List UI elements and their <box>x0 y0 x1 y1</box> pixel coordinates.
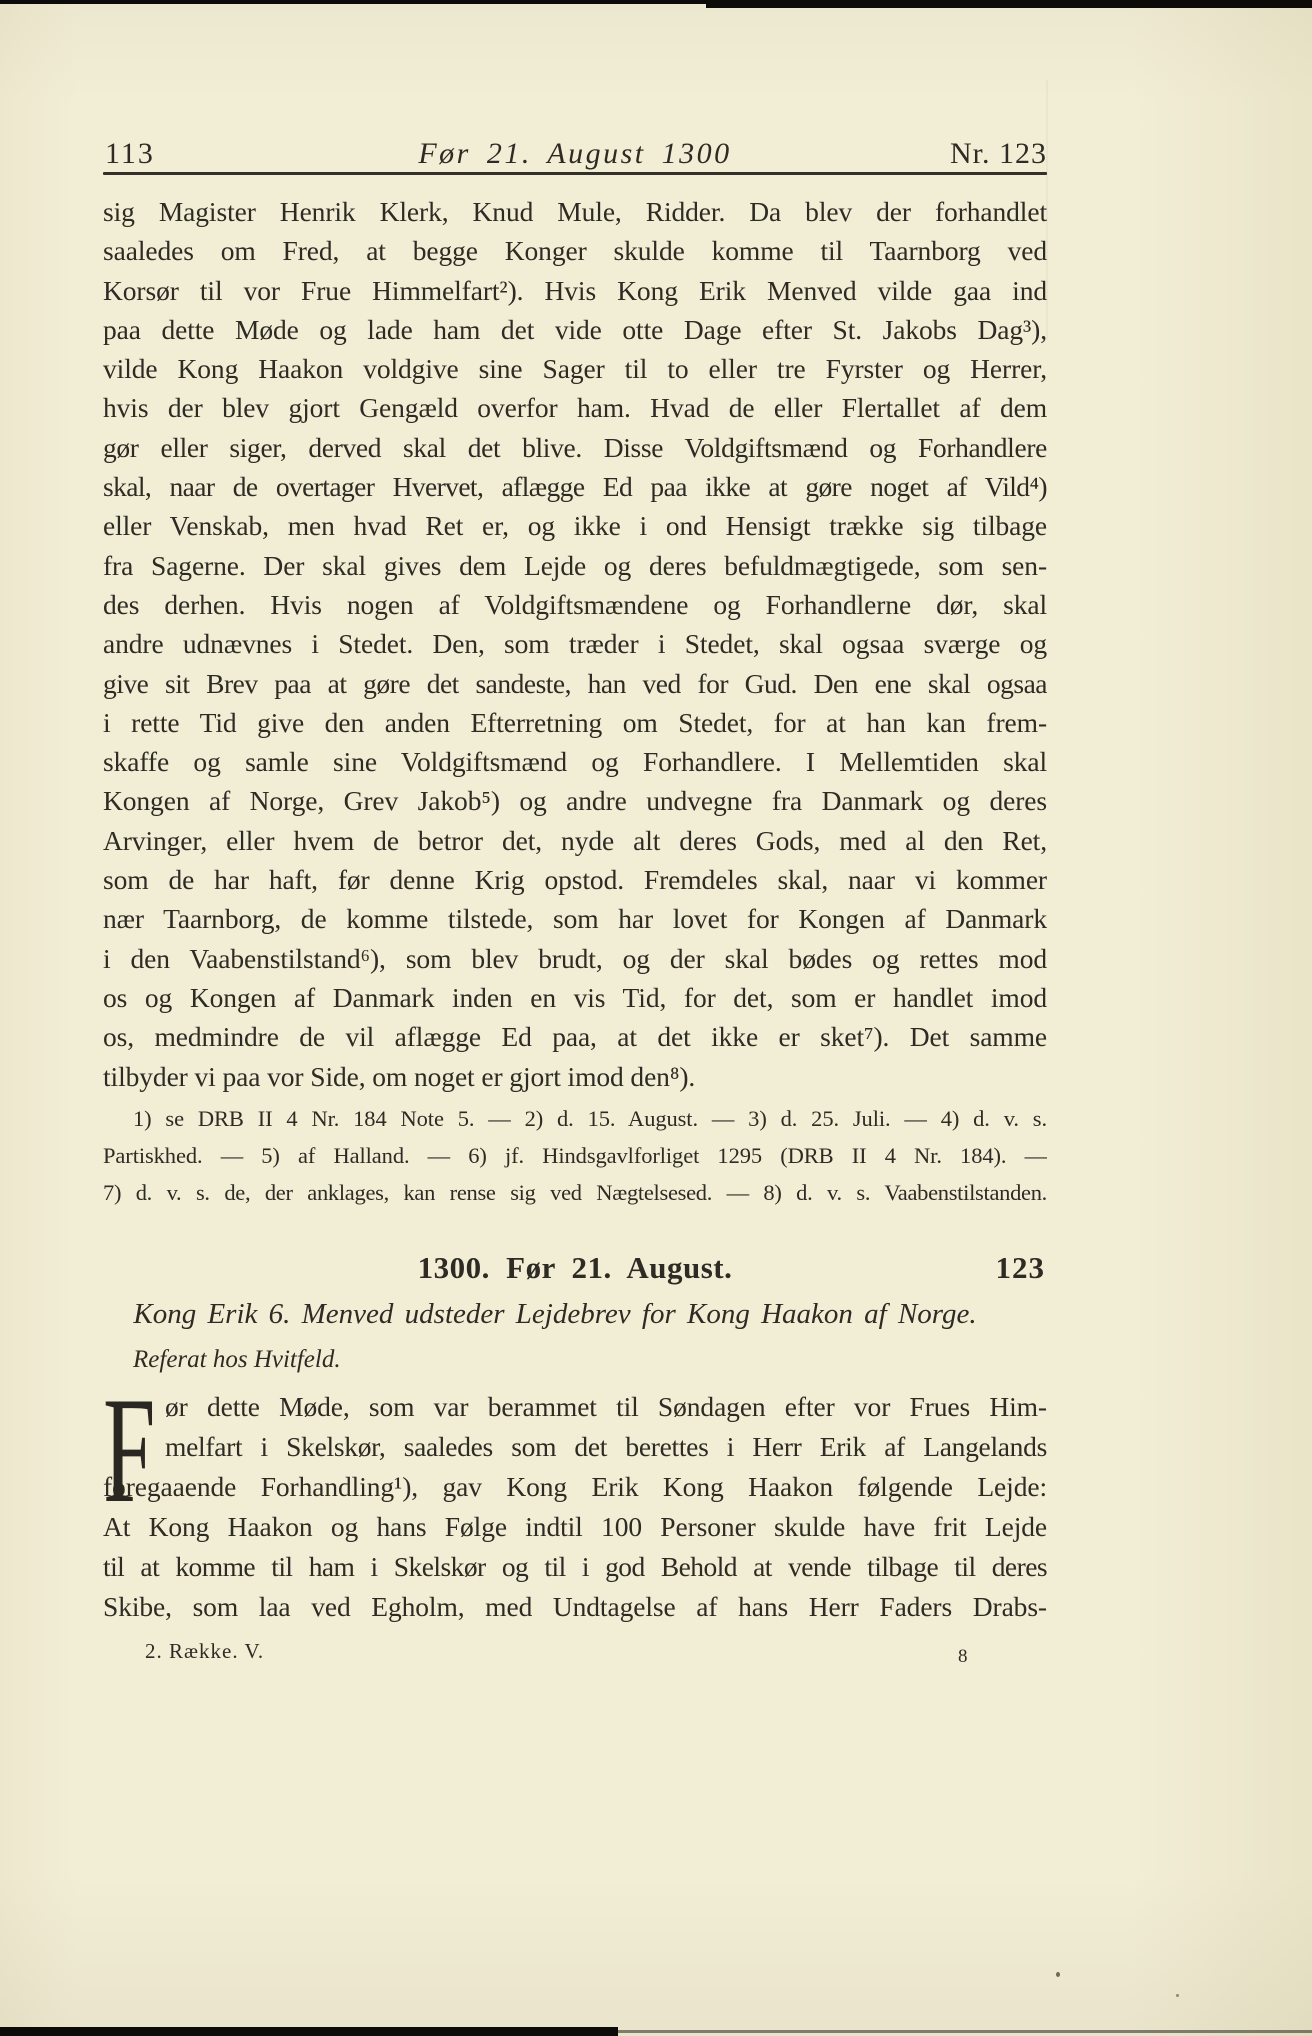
scanned-page: 113 Før 21. August 1300 Nr. 123 sig Magi… <box>0 0 1312 2036</box>
page-footer: 2. Række. V. 8 <box>0 1636 1312 1666</box>
footnote-line: 1) se DRB II 4 Nr. 184 Note 5. — 2) d. 1… <box>103 1100 1047 1137</box>
entry-number: 123 <box>996 1248 1046 1288</box>
body-line: sig Magister Henrik Klerk, Knud Mule, Ri… <box>103 192 1047 231</box>
body-line: tilbyder vi paa vor Side, om noget er gj… <box>103 1057 1047 1096</box>
entry-subtitle: Kong Erik 6. Menved udsteder Lejdebrev f… <box>103 1295 1047 1333</box>
body-line: eller Venskab, men hvad Ret er, og ikke … <box>103 506 1047 545</box>
scan-edge-artifact <box>706 0 1312 8</box>
scan-edge-artifact <box>0 2027 618 2036</box>
entry-heading: 1300. Før 21. August. <box>103 1248 1047 1288</box>
header-rule <box>103 172 1047 175</box>
page-header: 113 Før 21. August 1300 Nr. 123 <box>103 136 1047 172</box>
body-line: fra Sagerne. Der skal gives dem Lejde og… <box>103 546 1047 585</box>
scan-speck <box>1176 1994 1179 1997</box>
paragraph-line: melfart i Skelskør, saaledes som det ber… <box>103 1427 1047 1467</box>
running-title: Før 21. August 1300 <box>103 136 1047 172</box>
body-line: des derhen. Hvis nogen af Voldgiftsmænde… <box>103 585 1047 624</box>
body-line: i den Vaabenstilstand⁶), som blev brudt,… <box>103 939 1047 978</box>
scan-speck <box>1056 1972 1060 1977</box>
paragraph-line: At Kong Haakon og hans Følge indtil 100 … <box>103 1507 1047 1547</box>
body-text: sig Magister Henrik Klerk, Knud Mule, Ri… <box>103 192 1047 1096</box>
body-line: gør eller siger, derved skal det blive. … <box>103 428 1047 467</box>
body-line: skal, naar de overtager Hvervet, aflægge… <box>103 467 1047 506</box>
entry-paragraph: ør dette Møde, som var berammet til Sønd… <box>103 1387 1047 1627</box>
body-line: os og Kongen af Danmark inden en vis Tid… <box>103 978 1047 1017</box>
entry-heading-row: 1300. Før 21. August. 123 <box>103 1248 1047 1288</box>
body-line: hvis der blev gjort Gengæld overfor ham.… <box>103 388 1047 427</box>
paragraph-line: til at komme til ham i Skelskør og til i… <box>103 1547 1047 1587</box>
body-line: saaledes om Fred, at begge Konger skulde… <box>103 231 1047 270</box>
body-line: som de har haft, før denne Krig opstod. … <box>103 860 1047 899</box>
body-line: os, medmindre de vil aflægge Ed paa, at … <box>103 1017 1047 1056</box>
body-line: andre udnævnes i Stedet. Den, som træder… <box>103 624 1047 663</box>
entry-source: Referat hos Hvitfeld. <box>133 1343 341 1377</box>
series-label: 2. Række. V. <box>145 1636 264 1666</box>
sheet-signature: 8 <box>958 1642 968 1672</box>
issue-number: Nr. 123 <box>950 136 1047 172</box>
body-line: nær Taarnborg, de komme tilstede, som ha… <box>103 899 1047 938</box>
footnote-line: Partiskhed. — 5) af Halland. — 6) jf. Hi… <box>103 1137 1047 1174</box>
body-line: vilde Kong Haakon voldgive sine Sager ti… <box>103 349 1047 388</box>
body-line: skaffe og samle sine Voldgiftsmænd og Fo… <box>103 742 1047 781</box>
body-line: i rette Tid give den anden Efterretning … <box>103 703 1047 742</box>
body-line: Korsør til vor Frue Himmelfart²). Hvis K… <box>103 271 1047 310</box>
body-line: Arvinger, eller hvem de betror det, nyde… <box>103 821 1047 860</box>
body-line: Kongen af Norge, Grev Jakob⁵) og andre u… <box>103 781 1047 820</box>
body-line: paa dette Møde og lade ham det vide otte… <box>103 310 1047 349</box>
body-line: give sit Brev paa at gøre det sandeste, … <box>103 664 1047 703</box>
drop-cap: F <box>103 1374 155 1494</box>
footnotes: 1) se DRB II 4 Nr. 184 Note 5. — 2) d. 1… <box>103 1100 1047 1211</box>
scan-edge-artifact <box>0 0 706 4</box>
scan-edge-artifact <box>618 2030 1312 2033</box>
paragraph-line: ør dette Møde, som var berammet til Sønd… <box>103 1387 1047 1427</box>
paragraph-line: Skibe, som laa ved Egholm, med Undtagels… <box>103 1587 1047 1627</box>
footnote-line: 7) d. v. s. de, der anklages, kan rense … <box>103 1174 1047 1211</box>
paragraph-line: foregaaende Forhandling¹), gav Kong Erik… <box>103 1467 1047 1507</box>
